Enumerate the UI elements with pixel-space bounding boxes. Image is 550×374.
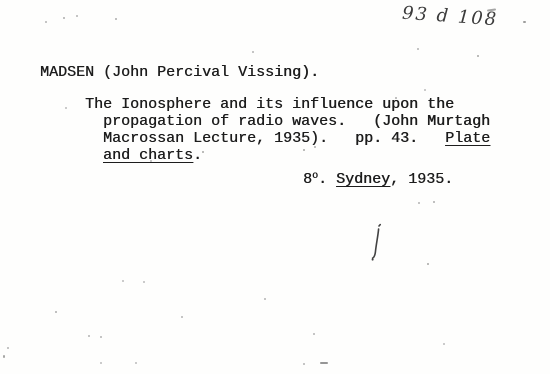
scan-speck bbox=[63, 17, 65, 19]
scan-speck bbox=[143, 281, 145, 283]
scan-speck bbox=[3, 355, 5, 358]
title-line-4-underlined: and charts bbox=[103, 147, 193, 164]
scan-speck bbox=[443, 343, 445, 345]
title-line-2: propagation of radio waves. (John Murtag… bbox=[103, 113, 490, 130]
scan-speck bbox=[88, 335, 90, 337]
title-line-1: The Ionosphere and its influence upon th… bbox=[85, 96, 454, 113]
scan-speck bbox=[418, 202, 420, 204]
title-line-4-text: . bbox=[193, 147, 202, 164]
scan-speck bbox=[202, 151, 204, 153]
scan-speck bbox=[303, 363, 305, 365]
scan-speck bbox=[313, 333, 315, 335]
scan-speck bbox=[433, 201, 435, 203]
handwritten-call-number: 93 d 108 bbox=[401, 3, 498, 31]
catalog-card: 93 d 108 MADSEN (John Percival Vissing).… bbox=[0, 0, 550, 374]
title-line-3-text: Macrossan Lecture, 1935). pp. 43. bbox=[103, 130, 445, 147]
scan-speck bbox=[252, 51, 254, 53]
scan-speck bbox=[523, 21, 526, 23]
imprint-rest: , 1935. bbox=[390, 171, 453, 188]
scan-speck bbox=[264, 298, 266, 300]
scan-speck bbox=[477, 55, 479, 57]
scan-speck bbox=[417, 48, 419, 50]
format-superscript: o bbox=[312, 168, 318, 185]
scan-speck bbox=[45, 21, 47, 23]
pen-stroke-mark bbox=[368, 222, 384, 268]
scan-speck bbox=[7, 347, 9, 349]
scan-speck bbox=[314, 146, 316, 148]
scan-speck bbox=[100, 362, 102, 364]
scan-speck bbox=[303, 149, 305, 151]
format-number: 8 bbox=[303, 171, 312, 188]
title-line-4: and charts. bbox=[103, 147, 202, 164]
scan-speck bbox=[150, 160, 152, 162]
scan-speck bbox=[427, 263, 429, 265]
imprint-line: 8o. Sydney, 1935. bbox=[303, 171, 453, 190]
scan-speck bbox=[320, 362, 328, 364]
scan-speck bbox=[181, 316, 183, 318]
scan-speck bbox=[395, 97, 397, 99]
scan-speck bbox=[65, 107, 67, 109]
scan-speck bbox=[100, 336, 102, 338]
scan-speck bbox=[55, 311, 57, 313]
title-line-3: Macrossan Lecture, 1935). pp. 43. Plate bbox=[103, 130, 490, 147]
title-line-3-underlined: Plate bbox=[445, 130, 490, 147]
scan-speck bbox=[115, 18, 117, 20]
imprint-place: Sydney bbox=[336, 171, 390, 188]
author-heading: MADSEN (John Percival Vissing). bbox=[40, 64, 319, 81]
scan-speck bbox=[122, 280, 124, 282]
scan-speck bbox=[76, 15, 78, 17]
imprint-separator: . bbox=[318, 171, 336, 188]
scan-speck bbox=[135, 362, 137, 364]
scan-speck bbox=[424, 89, 426, 91]
